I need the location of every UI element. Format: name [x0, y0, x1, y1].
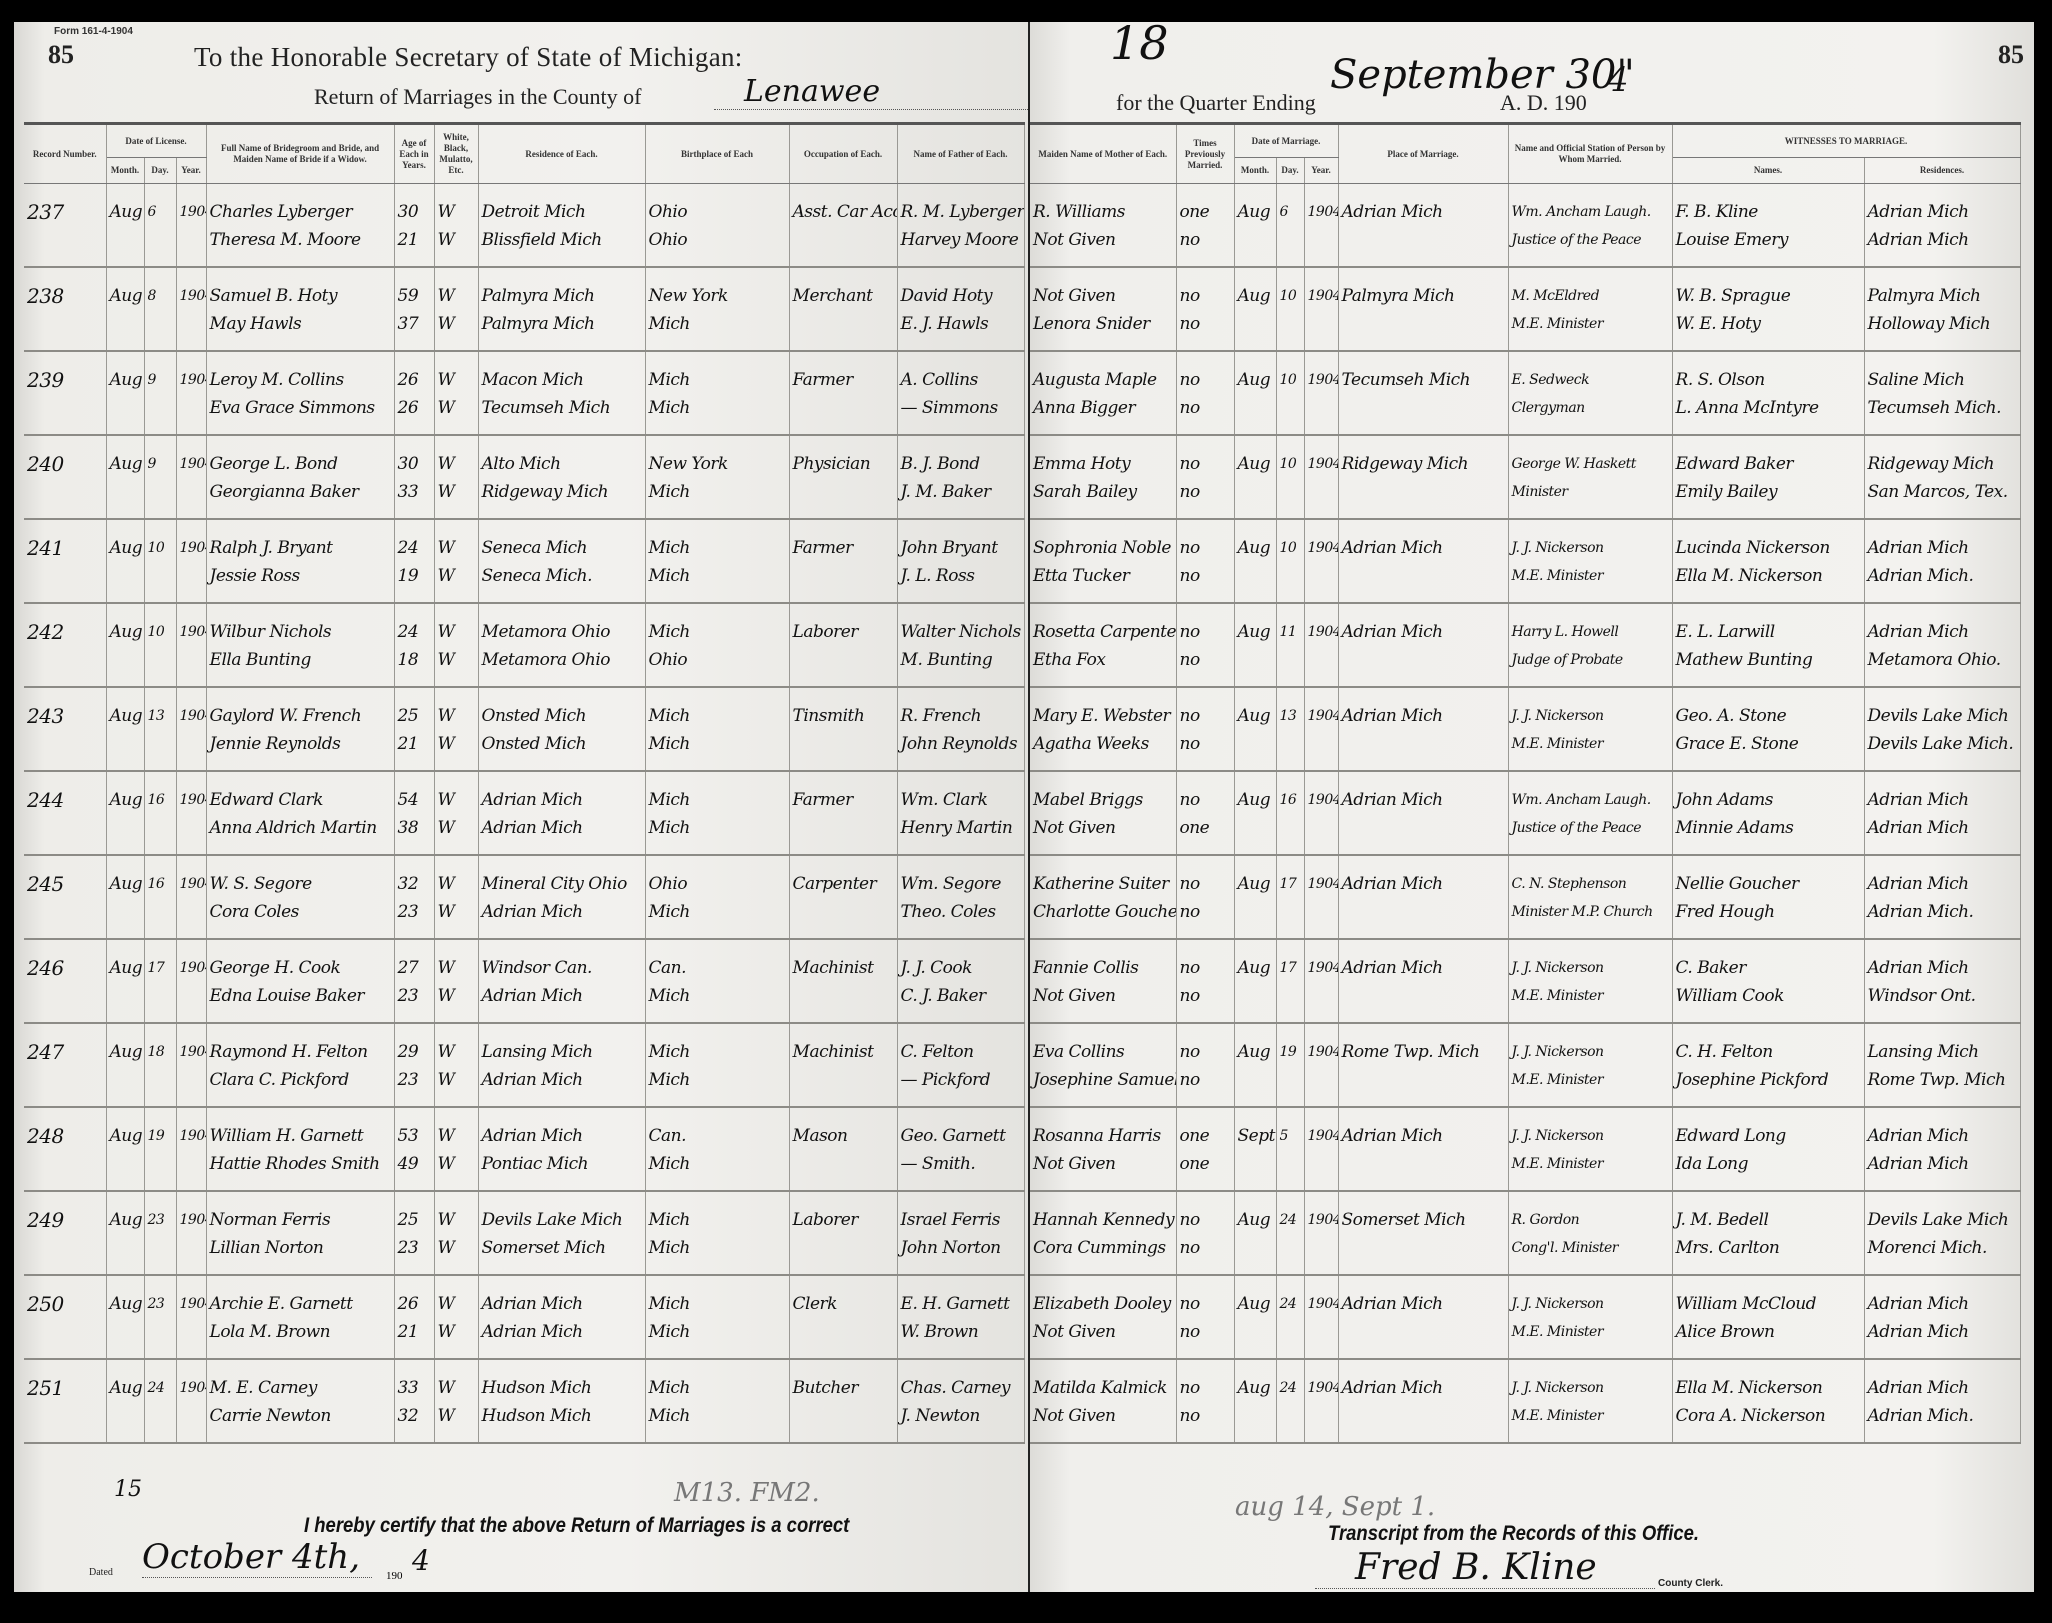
witness-names-line: John Adams: [1673, 786, 1864, 814]
occupation-line: Laborer: [790, 1206, 897, 1234]
ages: 2419: [394, 519, 434, 603]
license-month: Aug: [106, 1191, 144, 1275]
ages: 3033: [394, 435, 434, 519]
record-row-left: 246Aug171904George H. CookEdna Louise Ba…: [24, 939, 1024, 1023]
marriage-year: 1904: [1304, 1275, 1338, 1359]
witness-residences-line: San Marcos, Tex.: [1865, 478, 2020, 506]
race-line: W: [435, 646, 478, 674]
license-month: Aug: [106, 1275, 144, 1359]
couple-names-line: M. E. Carney: [207, 1374, 394, 1402]
witness-residences: Devils Lake MichMorenci Mich.: [1864, 1191, 2020, 1275]
father-names-line: John Bryant: [898, 534, 1024, 562]
couple-names-line: Georgianna Baker: [207, 478, 394, 506]
father-names-line: J. J. Cook: [898, 954, 1024, 982]
ages: 5937: [394, 267, 434, 351]
times-married-line: no: [1177, 226, 1234, 254]
mother-names-line: Sarah Bailey: [1030, 478, 1176, 506]
officiant-line: Minister: [1509, 478, 1672, 506]
mother-names: R. WilliamsNot Given: [1030, 184, 1176, 268]
place-of-marriage-line: Adrian Mich: [1339, 870, 1508, 898]
times-married: nono: [1176, 351, 1234, 435]
witness-residences-line: Tecumseh Mich.: [1865, 394, 2020, 422]
times-married: noone: [1176, 771, 1234, 855]
ages-line: 59: [395, 282, 434, 310]
officiant: J. J. NickersonM.E. Minister: [1508, 1023, 1672, 1107]
race-line: W: [435, 870, 478, 898]
record-row-left: 244Aug161904Edward ClarkAnna Aldrich Mar…: [24, 771, 1024, 855]
occupation-line: Tinsmith: [790, 702, 897, 730]
license-year: 1904: [176, 519, 206, 603]
witness-residences-line: Devils Lake Mich: [1865, 1206, 2020, 1234]
license-year-line: 1904: [177, 282, 206, 310]
witness-residences: Adrian MichAdrian Mich: [1864, 1275, 2020, 1359]
mother-names-line: Not Given: [1030, 1150, 1176, 1178]
officiant: Harry L. HowellJudge of Probate: [1508, 603, 1672, 687]
marriage-day-line: 19: [1277, 1038, 1304, 1066]
father-names: C. Felton— Pickford: [897, 1023, 1024, 1107]
birthplace-line: Mich: [646, 534, 789, 562]
license-day-line: 18: [145, 1038, 176, 1066]
race-line: W: [435, 534, 478, 562]
officiant: Wm. Ancham Laugh.Justice of the Peace: [1508, 184, 1672, 268]
page-number-left: 85: [48, 40, 74, 70]
residence-line: Windsor Can.: [479, 954, 645, 982]
record-number-line: 237: [24, 198, 106, 226]
license-month: Aug: [106, 267, 144, 351]
couple-names-line: Ella Bunting: [207, 646, 394, 674]
marriage-year: 1904: [1304, 435, 1338, 519]
place-of-marriage-line: Ridgeway Mich: [1339, 450, 1508, 478]
place-of-marriage: Adrian Mich: [1338, 1359, 1508, 1443]
officiant-line: Wm. Ancham Laugh.: [1509, 198, 1672, 226]
birthplace: New YorkMich: [645, 267, 789, 351]
license-month: Aug: [106, 1023, 144, 1107]
father-names: R. M. LybergerHarvey Moore: [897, 184, 1024, 268]
couple-names: Charles LybergerTheresa M. Moore: [206, 184, 394, 268]
place-of-marriage-line: Adrian Mich: [1339, 1374, 1508, 1402]
marriage-month: Aug: [1234, 519, 1276, 603]
record-number-line: 245: [24, 870, 106, 898]
marriage-year: 1904: [1304, 603, 1338, 687]
father-names-line: Chas. Carney: [898, 1374, 1024, 1402]
ages-line: 21: [395, 730, 434, 758]
father-names-line: John Reynolds: [898, 730, 1024, 758]
license-day: 10: [144, 603, 176, 687]
couple-names-line: Lillian Norton: [207, 1234, 394, 1262]
place-of-marriage: Adrian Mich: [1338, 603, 1508, 687]
times-married-line: no: [1177, 478, 1234, 506]
race-line: W: [435, 1374, 478, 1402]
birthplace-line: Mich: [646, 786, 789, 814]
license-year-line: 1904: [177, 1206, 206, 1234]
birthplace: Can.Mich: [645, 939, 789, 1023]
license-month-line: Aug: [107, 366, 144, 394]
marriage-day-line: 17: [1277, 954, 1304, 982]
witness-names: Ella M. NickersonCora A. Nickerson: [1672, 1359, 1864, 1443]
marriage-year: 1904: [1304, 519, 1338, 603]
license-month-line: Aug: [107, 1374, 144, 1402]
officiant-line: Wm. Ancham Laugh.: [1509, 786, 1672, 814]
place-of-marriage: Tecumseh Mich: [1338, 351, 1508, 435]
officiant: J. J. NickersonM.E. Minister: [1508, 1107, 1672, 1191]
marriage-month-line: Aug: [1235, 1206, 1276, 1234]
times-married-line: no: [1177, 618, 1234, 646]
place-of-marriage: Adrian Mich: [1338, 519, 1508, 603]
officiant-line: M.E. Minister: [1509, 982, 1672, 1010]
officiant-line: Judge of Probate: [1509, 646, 1672, 674]
birthplace-line: Ohio: [646, 198, 789, 226]
license-day: 8: [144, 267, 176, 351]
race-line: W: [435, 618, 478, 646]
marriage-table-right: Maiden Name of Mother of Each. Times Pre…: [1030, 122, 2021, 1444]
couple-names-line: Charles Lyberger: [207, 198, 394, 226]
witness-names-line: Josephine Pickford: [1673, 1066, 1864, 1094]
residence: Alto MichRidgeway Mich: [478, 435, 645, 519]
record-number: 238: [24, 267, 106, 351]
record-number-line: 243: [24, 702, 106, 730]
officiant-line: R. Gordon: [1509, 1206, 1672, 1234]
mother-names-line: Elizabeth Dooley: [1030, 1290, 1176, 1318]
header-witnesses: WITNESSES TO MARRIAGE.: [1672, 124, 2020, 158]
witness-names: C. BakerWilliam Cook: [1672, 939, 1864, 1023]
father-names: R. FrenchJohn Reynolds: [897, 687, 1024, 771]
birthplace-line: Mich: [646, 1402, 789, 1430]
witness-residences-line: Adrian Mich: [1865, 1318, 2020, 1346]
license-year-line: 1904: [177, 1122, 206, 1150]
marriage-day: 10: [1276, 519, 1304, 603]
record-row-right: Sophronia NobleEtta TuckernonoAug101904A…: [1030, 519, 2020, 603]
times-married-line: no: [1177, 1038, 1234, 1066]
marriage-day-line: 24: [1277, 1374, 1304, 1402]
birthplace-line: Mich: [646, 730, 789, 758]
ad-year-suffix: 4: [1607, 60, 1629, 100]
witness-names-line: Emily Bailey: [1673, 478, 1864, 506]
license-year-line: 1904: [177, 450, 206, 478]
occupation: Butcher: [789, 1359, 897, 1443]
witness-names-line: L. Anna McIntyre: [1673, 394, 1864, 422]
father-names-line: Henry Martin: [898, 814, 1024, 842]
residence-line: Seneca Mich.: [479, 562, 645, 590]
marriage-year: 1904: [1304, 1107, 1338, 1191]
officiant: George W. HaskettMinister: [1508, 435, 1672, 519]
occupation-line: Asst. Car Acc.: [790, 198, 897, 226]
residence-line: Onsted Mich: [479, 702, 645, 730]
pencil-note-right: aug 14, Sept 1.: [1235, 1492, 1435, 1522]
license-year-line: 1904: [177, 870, 206, 898]
couple-names-line: Cora Coles: [207, 898, 394, 926]
place-of-marriage-line: Adrian Mich: [1339, 702, 1508, 730]
witness-names-line: Cora A. Nickerson: [1673, 1402, 1864, 1430]
mother-names: Hannah KennedyCora Cummings: [1030, 1191, 1176, 1275]
times-married-line: one: [1177, 814, 1234, 842]
transcript-text: Transcript from the Records of this Offi…: [1328, 1522, 1699, 1546]
witness-names: William McCloudAlice Brown: [1672, 1275, 1864, 1359]
marriage-table-left: Record Number. Date of License. Full Nam…: [24, 122, 1025, 1444]
license-day: 13: [144, 687, 176, 771]
witness-residences: Lansing MichRome Twp. Mich: [1864, 1023, 2020, 1107]
record-row-right: Elizabeth DooleyNot GivennonoAug241904Ad…: [1030, 1275, 2020, 1359]
license-day-line: 16: [145, 786, 176, 814]
license-day: 17: [144, 939, 176, 1023]
record-number-line: 248: [24, 1122, 106, 1150]
record-number: 246: [24, 939, 106, 1023]
father-names: Chas. CarneyJ. Newton: [897, 1359, 1024, 1443]
place-of-marriage: Palmyra Mich: [1338, 267, 1508, 351]
mother-names-line: Anna Bigger: [1030, 394, 1176, 422]
residence-line: Adrian Mich: [479, 1066, 645, 1094]
witness-names: Lucinda NickersonElla M. Nickerson: [1672, 519, 1864, 603]
witness-names-line: C. H. Felton: [1673, 1038, 1864, 1066]
race-line: W: [435, 282, 478, 310]
record-row-right: Emma HotySarah BaileynonoAug101904Ridgew…: [1030, 435, 2020, 519]
birthplace: MichOhio: [645, 603, 789, 687]
record-row-left: 241Aug101904Ralph J. BryantJessie Ross24…: [24, 519, 1024, 603]
occupation: Carpenter: [789, 855, 897, 939]
header-date-of-marriage: Date of Marriage.: [1234, 124, 1338, 158]
couple-names-line: Theresa M. Moore: [207, 226, 394, 254]
record-row-right: R. WilliamsNot GivenonenoAug61904Adrian …: [1030, 184, 2020, 268]
marriage-day: 19: [1276, 1023, 1304, 1107]
ages: 2521: [394, 687, 434, 771]
times-married-line: no: [1177, 1402, 1234, 1430]
times-married-line: no: [1177, 730, 1234, 758]
times-married-line: one: [1177, 1150, 1234, 1178]
race-line: W: [435, 562, 478, 590]
birthplace-line: Mich: [646, 982, 789, 1010]
father-names-line: John Norton: [898, 1234, 1024, 1262]
marriage-day: 5: [1276, 1107, 1304, 1191]
ages-line: 21: [395, 226, 434, 254]
couple-names-line: Archie E. Garnett: [207, 1290, 394, 1318]
race-line: W: [435, 1122, 478, 1150]
license-year: 1904: [176, 603, 206, 687]
marriage-year: 1904: [1304, 1359, 1338, 1443]
place-of-marriage-line: Adrian Mich: [1339, 534, 1508, 562]
ages-line: 29: [395, 1038, 434, 1066]
license-year-line: 1904: [177, 198, 206, 226]
record-row-right: Matilda KalmickNot GivennonoAug241904Adr…: [1030, 1359, 2020, 1443]
race-line: W: [435, 394, 478, 422]
times-married-line: no: [1177, 702, 1234, 730]
license-month-line: Aug: [107, 198, 144, 226]
marriage-month-line: Aug: [1235, 282, 1276, 310]
father-names-line: E. H. Garnett: [898, 1290, 1024, 1318]
couple-names-line: Carrie Newton: [207, 1402, 394, 1430]
witness-names-line: Lucinda Nickerson: [1673, 534, 1864, 562]
witness-names-line: J. M. Bedell: [1673, 1206, 1864, 1234]
occupation-line: Farmer: [790, 534, 897, 562]
ages: 2523: [394, 1191, 434, 1275]
officiant-line: J. J. Nickerson: [1509, 1290, 1672, 1318]
license-year-line: 1904: [177, 1290, 206, 1318]
times-married-line: no: [1177, 1206, 1234, 1234]
ages-line: 37: [395, 310, 434, 338]
license-month: Aug: [106, 519, 144, 603]
marriage-day: 13: [1276, 687, 1304, 771]
license-year: 1904: [176, 184, 206, 268]
times-married-line: no: [1177, 870, 1234, 898]
header-license-day: Day.: [144, 158, 176, 184]
race: WW: [434, 771, 478, 855]
times-married-line: no: [1177, 562, 1234, 590]
witness-residences-line: Lansing Mich: [1865, 1038, 2020, 1066]
ages: 2418: [394, 603, 434, 687]
witness-residences-line: Adrian Mich: [1865, 786, 2020, 814]
license-month-line: Aug: [107, 702, 144, 730]
marriage-day-line: 10: [1277, 282, 1304, 310]
times-married-line: no: [1177, 954, 1234, 982]
witness-residences-line: Adrian Mich: [1865, 198, 2020, 226]
residence: Seneca MichSeneca Mich.: [478, 519, 645, 603]
record-number-line: 241: [24, 534, 106, 562]
mother-names: Not GivenLenora Snider: [1030, 267, 1176, 351]
mother-names-line: Matilda Kalmick: [1030, 1374, 1176, 1402]
license-month-line: Aug: [107, 1206, 144, 1234]
county-name: Lenawee: [714, 74, 1030, 110]
witness-names: J. M. BedellMrs. Carlton: [1672, 1191, 1864, 1275]
race-line: W: [435, 1318, 478, 1346]
officiant-line: M.E. Minister: [1509, 1318, 1672, 1346]
header-birthplace: Birthplace of Each: [645, 124, 789, 184]
mother-names: Eva CollinsJosephine Samuel: [1030, 1023, 1176, 1107]
birthplace-line: New York: [646, 282, 789, 310]
residence-line: Alto Mich: [479, 450, 645, 478]
header-race: White, Black, Mulatto, Etc.: [434, 124, 478, 184]
witness-residences-line: Adrian Mich: [1865, 870, 2020, 898]
times-married-line: no: [1177, 982, 1234, 1010]
marriage-month: Aug: [1234, 1023, 1276, 1107]
father-names-line: J. M. Baker: [898, 478, 1024, 506]
witness-residences: Palmyra MichHolloway Mich: [1864, 267, 2020, 351]
birthplace: OhioMich: [645, 855, 789, 939]
header-mother: Maiden Name of Mother of Each.: [1030, 124, 1176, 184]
record-row-right: Hannah KennedyCora CummingsnonoAug241904…: [1030, 1191, 2020, 1275]
residence-line: Pontiac Mich: [479, 1150, 645, 1178]
license-day: 23: [144, 1191, 176, 1275]
license-month-line: Aug: [107, 954, 144, 982]
marriage-day-line: 6: [1277, 198, 1304, 226]
witness-residences-line: Rome Twp. Mich: [1865, 1066, 2020, 1094]
place-of-marriage: Ridgeway Mich: [1338, 435, 1508, 519]
license-day: 18: [144, 1023, 176, 1107]
witness-names-line: William McCloud: [1673, 1290, 1864, 1318]
couple-names-line: Hattie Rhodes Smith: [207, 1150, 394, 1178]
witness-residences: Adrian MichAdrian Mich: [1864, 184, 2020, 268]
marriage-year-line: 1904: [1305, 366, 1338, 394]
ages: 2723: [394, 939, 434, 1023]
race: WW: [434, 855, 478, 939]
birthplace-line: Mich: [646, 1150, 789, 1178]
officiant-line: Minister M.P. Church: [1509, 898, 1672, 926]
couple-names-line: Leroy M. Collins: [207, 366, 394, 394]
times-married-line: no: [1177, 786, 1234, 814]
ages-line: 30: [395, 198, 434, 226]
license-year: 1904: [176, 435, 206, 519]
officiant-line: Justice of the Peace: [1509, 814, 1672, 842]
marriage-year-line: 1904: [1305, 1374, 1338, 1402]
witness-residences-line: Devils Lake Mich.: [1865, 730, 2020, 758]
officiant-line: E. Sedweck: [1509, 366, 1672, 394]
license-month: Aug: [106, 184, 144, 268]
witness-residences-line: Saline Mich: [1865, 366, 2020, 394]
header-officiant: Name and Official Station of Person by W…: [1508, 124, 1672, 184]
officiant: J. J. NickersonM.E. Minister: [1508, 519, 1672, 603]
couple-names-line: Jessie Ross: [207, 562, 394, 590]
license-year-line: 1904: [177, 702, 206, 730]
witness-residences-line: Adrian Mich: [1865, 1290, 2020, 1318]
marriage-day: 10: [1276, 435, 1304, 519]
witness-names: John AdamsMinnie Adams: [1672, 771, 1864, 855]
record-row-left: 240Aug91904George L. BondGeorgianna Bake…: [24, 435, 1024, 519]
occupation: Farmer: [789, 519, 897, 603]
header-license-month: Month.: [106, 158, 144, 184]
license-month: Aug: [106, 351, 144, 435]
witness-residences-line: Adrian Mich: [1865, 1122, 2020, 1150]
occupation: Machinist: [789, 939, 897, 1023]
mother-names: Mary E. WebsterAgatha Weeks: [1030, 687, 1176, 771]
witness-names-line: Alice Brown: [1673, 1318, 1864, 1346]
occupation-line: Machinist: [790, 954, 897, 982]
marriage-month-line: Aug: [1235, 450, 1276, 478]
couple-names-line: George H. Cook: [207, 954, 394, 982]
race-line: W: [435, 1402, 478, 1430]
right-ledger-page: 18 85 for the Quarter Ending September 3…: [1030, 22, 2034, 1592]
residence-line: Adrian Mich: [479, 786, 645, 814]
place-of-marriage-line: Adrian Mich: [1339, 618, 1508, 646]
times-married: nono: [1176, 519, 1234, 603]
license-day-line: 24: [145, 1374, 176, 1402]
occupation-line: Physician: [790, 450, 897, 478]
occupation: Farmer: [789, 771, 897, 855]
ages-line: 25: [395, 1206, 434, 1234]
residence: Macon MichTecumseh Mich: [478, 351, 645, 435]
residence-line: Adrian Mich: [479, 1122, 645, 1150]
header-times-married: Times Previously Married.: [1176, 124, 1234, 184]
mother-names-line: Mabel Briggs: [1030, 786, 1176, 814]
officiant-line: J. J. Nickerson: [1509, 1122, 1672, 1150]
residence: Detroit MichBlissfield Mich: [478, 184, 645, 268]
couple-names: Gaylord W. FrenchJennie Reynolds: [206, 687, 394, 771]
marriage-year-line: 1904: [1305, 198, 1338, 226]
license-year: 1904: [176, 687, 206, 771]
witness-names-line: Geo. A. Stone: [1673, 702, 1864, 730]
birthplace: OhioOhio: [645, 184, 789, 268]
license-month: Aug: [106, 603, 144, 687]
marriage-month-line: Aug: [1235, 366, 1276, 394]
residence: Lansing MichAdrian Mich: [478, 1023, 645, 1107]
witness-names-line: Ella M. Nickerson: [1673, 562, 1864, 590]
marriage-year: 1904: [1304, 184, 1338, 268]
license-day: 19: [144, 1107, 176, 1191]
times-married: nono: [1176, 687, 1234, 771]
occupation-line: Farmer: [790, 786, 897, 814]
race-line: W: [435, 1206, 478, 1234]
officiant: J. J. NickersonM.E. Minister: [1508, 939, 1672, 1023]
license-month: Aug: [106, 435, 144, 519]
birthplace-line: Mich: [646, 478, 789, 506]
marriage-day-line: 10: [1277, 534, 1304, 562]
license-year-line: 1904: [177, 366, 206, 394]
couple-names-line: Clara C. Pickford: [207, 1066, 394, 1094]
times-married: nono: [1176, 1275, 1234, 1359]
officiant-line: George W. Haskett: [1509, 450, 1672, 478]
mother-names: Rosanna HarrisNot Given: [1030, 1107, 1176, 1191]
record-number-line: 251: [24, 1374, 106, 1402]
times-married: oneno: [1176, 184, 1234, 268]
officiant: Wm. Ancham Laugh.Justice of the Peace: [1508, 771, 1672, 855]
mother-names-line: Not Given: [1030, 1318, 1176, 1346]
witness-residences: Saline MichTecumseh Mich.: [1864, 351, 2020, 435]
